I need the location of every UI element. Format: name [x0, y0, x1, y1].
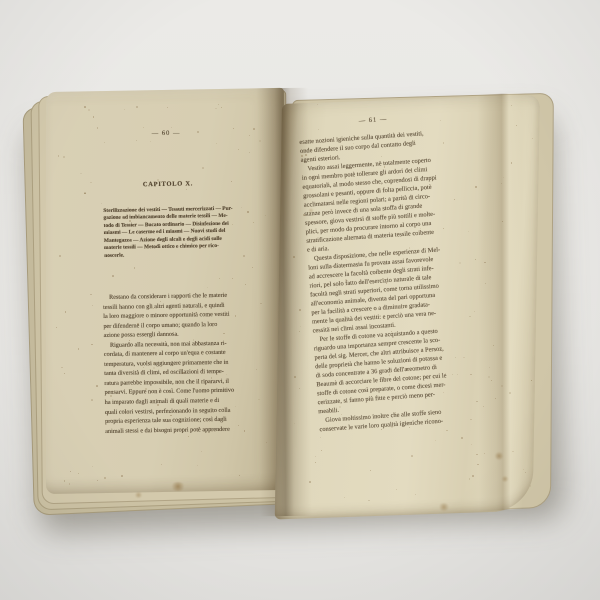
stain — [501, 476, 509, 482]
stain — [438, 503, 450, 511]
right-page-body: esatte nozioni igieniche sulla quantità … — [299, 126, 491, 434]
stain — [170, 482, 186, 491]
left-page-body: Restano da considerare i rapporti che le… — [103, 290, 261, 436]
stain — [134, 492, 143, 498]
chapter-summary: Sterilizzazione dei vestiti — Tessuti me… — [103, 205, 256, 260]
photo-of-open-book: — 60 — CAPITOLO X. Sterilizzazione dei v… — [0, 0, 600, 600]
stain — [494, 452, 504, 460]
